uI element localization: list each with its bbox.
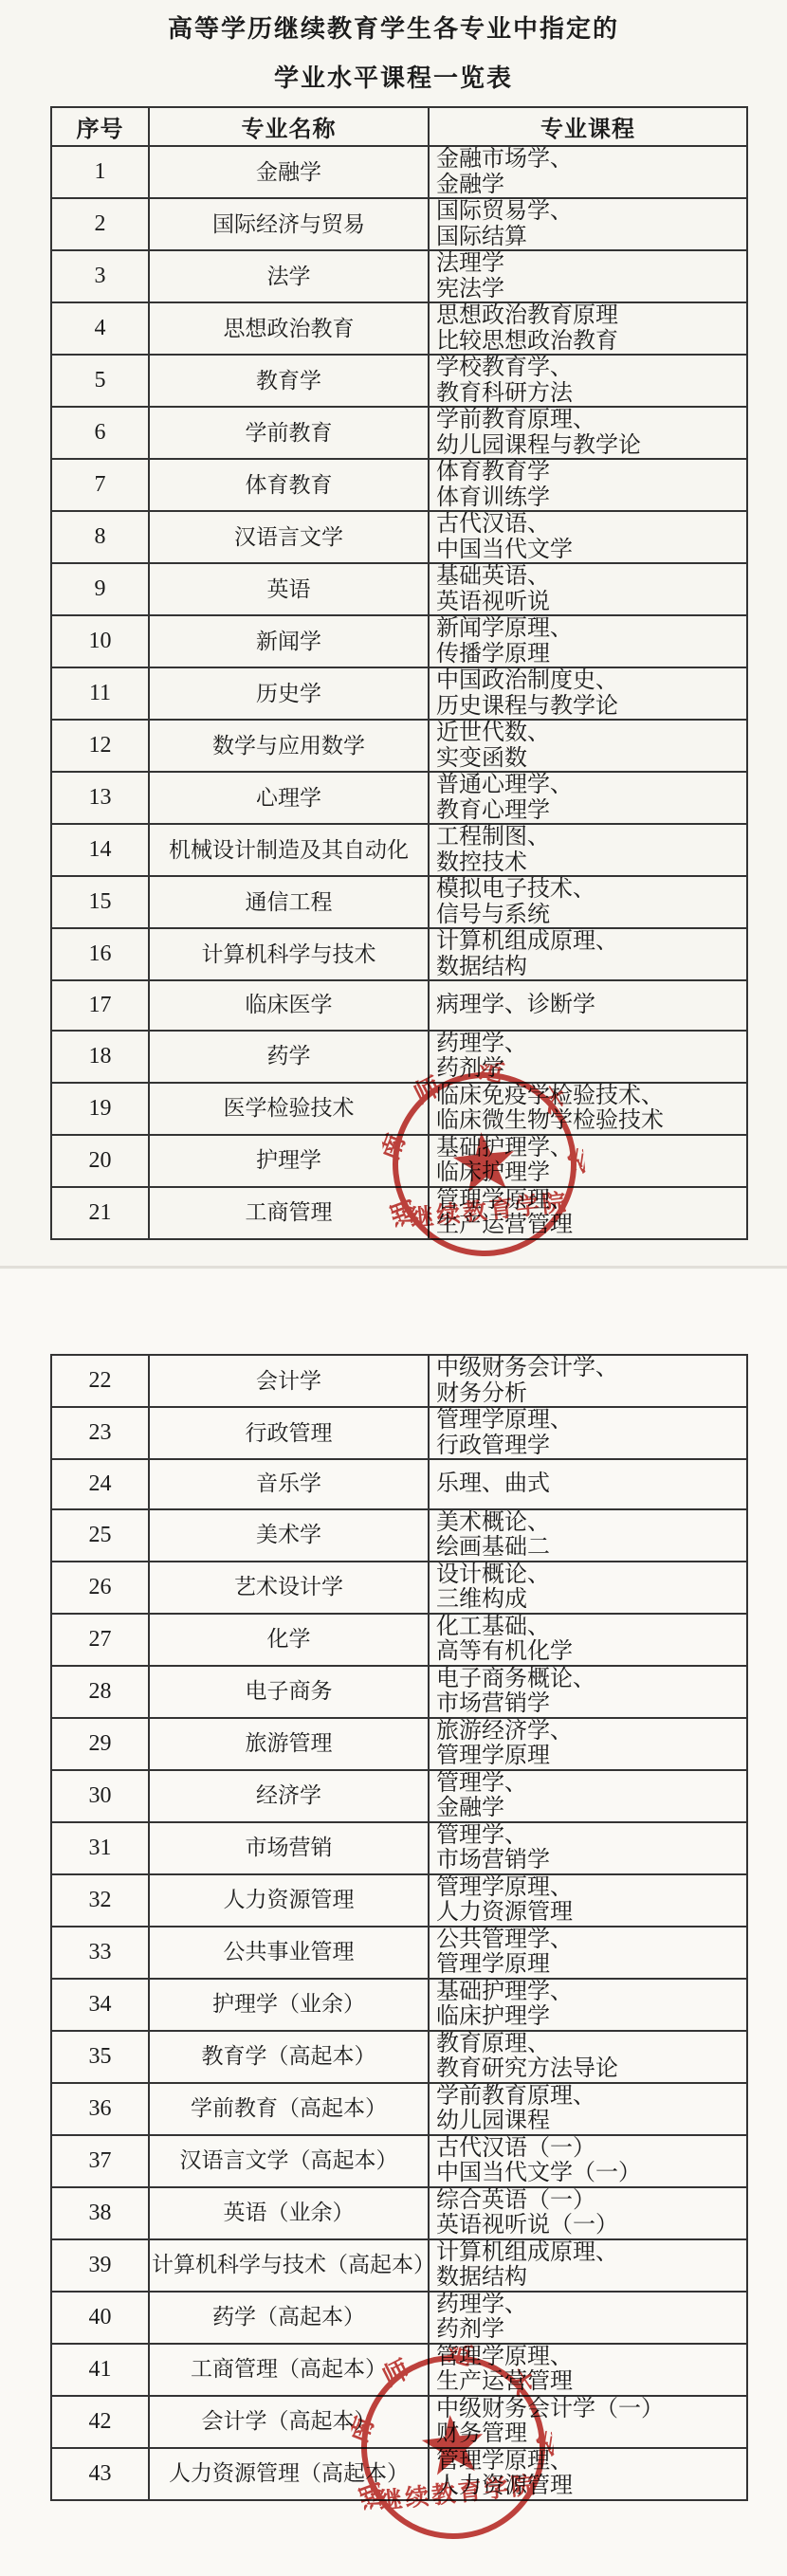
table-row: 26艺术设计学设计概论、三维构成: [51, 1562, 747, 1614]
row-index: 41: [51, 2344, 149, 2396]
table-row: 10新闻学新闻学原理、传播学原理: [51, 615, 747, 667]
course-line: 药理学、: [436, 2293, 742, 2318]
course-line: 宪法学: [436, 277, 742, 302]
course-line: 模拟电子技术、: [436, 877, 742, 903]
course-line: 财务分析: [436, 1381, 742, 1407]
course-list: 中级财务会计学、财务分析: [429, 1355, 747, 1407]
table-row: 23行政管理管理学原理、行政管理学: [51, 1407, 747, 1459]
major-name: 数学与应用数学: [149, 720, 429, 772]
row-index: 43: [51, 2448, 149, 2500]
row-index: 4: [51, 302, 149, 355]
course-list: 法理学宪法学: [429, 250, 747, 302]
course-line: 传播学原理: [436, 642, 742, 667]
scan-seam-divider: [0, 1266, 787, 1269]
row-index: 23: [51, 1407, 149, 1459]
scanned-document-page: 高等学历继续教育学生各专业中指定的 学业水平课程一览表 序号 专业名称 专业课程…: [0, 0, 787, 2576]
row-index: 28: [51, 1666, 149, 1718]
courses-table-part2: 22会计学中级财务会计学、财务分析23行政管理管理学原理、行政管理学24音乐学乐…: [50, 1354, 748, 2501]
major-name: 英语（业余）: [149, 2187, 429, 2239]
course-line: 电子商务概论、: [436, 1667, 742, 1692]
table-row: 11历史学中国政治制度史、历史课程与教学论: [51, 667, 747, 720]
course-line: 学前教育原理、: [436, 408, 742, 433]
course-list: 教育原理、教育研究方法导论: [429, 2031, 747, 2083]
row-index: 15: [51, 876, 149, 928]
row-index: 25: [51, 1509, 149, 1562]
table-row: 31市场营销管理学、市场营销学: [51, 1822, 747, 1874]
row-index: 29: [51, 1718, 149, 1770]
course-list: 基础英语、英语视听说: [429, 563, 747, 615]
course-line: 管理学原理: [436, 1952, 742, 1978]
course-list: 学校教育学、教育科研方法: [429, 355, 747, 407]
major-name: 计算机科学与技术: [149, 928, 429, 980]
row-index: 11: [51, 667, 149, 720]
table-row: 39计算机科学与技术（高起本）计算机组成原理、数据结构: [51, 2239, 747, 2292]
table-row: 12数学与应用数学近世代数、实变函数: [51, 720, 747, 772]
table-row: 27化学化工基础、高等有机化学: [51, 1614, 747, 1666]
course-line: 管理学、: [436, 1823, 742, 1849]
course-list: 计算机组成原理、数据结构: [429, 2239, 747, 2292]
course-list: 电子商务概论、市场营销学: [429, 1666, 747, 1718]
course-line: 三维构成: [436, 1587, 742, 1613]
course-line: 基础护理学、: [436, 1980, 742, 2005]
major-name: 会计学: [149, 1355, 429, 1407]
major-name: 公共事业管理: [149, 1927, 429, 1979]
course-list: 设计概论、三维构成: [429, 1562, 747, 1614]
row-index: 27: [51, 1614, 149, 1666]
table-row: 29旅游管理旅游经济学、管理学原理: [51, 1718, 747, 1770]
course-list: 金融市场学、金融学: [429, 146, 747, 198]
major-name: 通信工程: [149, 876, 429, 928]
table-row: 3法学法理学宪法学: [51, 250, 747, 302]
course-list: 古代汉语、中国当代文学: [429, 511, 747, 563]
course-line: 乐理、曲式: [436, 1471, 742, 1497]
course-line: 中国当代文学: [436, 538, 742, 563]
table-row: 2国际经济与贸易国际贸易学、国际结算: [51, 198, 747, 250]
major-name: 思想政治教育: [149, 302, 429, 355]
major-name: 经济学: [149, 1770, 429, 1822]
row-index: 26: [51, 1562, 149, 1614]
course-list: 中国政治制度史、历史课程与教学论: [429, 667, 747, 720]
row-index: 6: [51, 407, 149, 459]
course-list: 古代汉语（一）中国当代文学（一）: [429, 2135, 747, 2187]
table-row: 22会计学中级财务会计学、财务分析: [51, 1355, 747, 1407]
course-line: 管理学原理、: [436, 1875, 742, 1901]
course-list: 基础护理学、临床护理学: [429, 1979, 747, 2031]
course-line: 化工基础、: [436, 1615, 742, 1640]
major-name: 艺术设计学: [149, 1562, 429, 1614]
table-row: 8汉语言文学古代汉语、中国当代文学: [51, 511, 747, 563]
course-line: 药剂学: [436, 2317, 742, 2343]
course-line: 设计概论、: [436, 1562, 742, 1588]
course-line: 市场营销学: [436, 1848, 742, 1873]
course-line: 计算机组成原理、: [436, 929, 742, 955]
table-row: 37汉语言文学（高起本）古代汉语（一）中国当代文学（一）: [51, 2135, 747, 2187]
course-list: 管理学、金融学: [429, 1770, 747, 1822]
course-line: 体育训练学: [436, 485, 742, 511]
course-line: 学前教育原理、: [436, 2084, 742, 2110]
major-name: 工商管理: [149, 1187, 429, 1239]
table-row: 1金融学金融市场学、金融学: [51, 146, 747, 198]
row-index: 2: [51, 198, 149, 250]
course-line: 工程制图、: [436, 825, 742, 850]
course-list: 新闻学原理、传播学原理: [429, 615, 747, 667]
course-line: 计算机组成原理、: [436, 2240, 742, 2266]
major-name: 美术学: [149, 1509, 429, 1562]
course-list: 公共管理学、管理学原理: [429, 1927, 747, 1979]
course-line: 信号与系统: [436, 903, 742, 928]
table-row: 17临床医学病理学、诊断学: [51, 980, 747, 1031]
course-line: 金融市场学、: [436, 147, 742, 173]
row-index: 33: [51, 1927, 149, 1979]
course-line: 药理学、: [436, 1032, 742, 1057]
major-name: 计算机科学与技术（高起本）: [149, 2239, 429, 2292]
table-row: 15通信工程模拟电子技术、信号与系统: [51, 876, 747, 928]
course-list: 乐理、曲式: [429, 1459, 747, 1509]
course-line: 管理学原理、: [436, 1408, 742, 1434]
major-name: 英语: [149, 563, 429, 615]
row-index: 42: [51, 2396, 149, 2448]
header-row: 序号 专业名称 专业课程: [51, 107, 747, 146]
table-row: 40药学（高起本）药理学、药剂学: [51, 2292, 747, 2344]
course-line: 绘画基础二: [436, 1535, 742, 1561]
course-line: 管理学、: [436, 1771, 742, 1797]
row-index: 24: [51, 1459, 149, 1509]
course-line: 数据结构: [436, 2265, 742, 2291]
course-list: 国际贸易学、国际结算: [429, 198, 747, 250]
course-list: 体育教育学体育训练学: [429, 459, 747, 511]
course-list: 学前教育原理、幼儿园课程: [429, 2083, 747, 2135]
course-line: 中国政治制度史、: [436, 668, 742, 694]
course-list: 病理学、诊断学: [429, 980, 747, 1031]
table-row: 34护理学（业余）基础护理学、临床护理学: [51, 1979, 747, 2031]
row-index: 38: [51, 2187, 149, 2239]
table-row: 33公共事业管理公共管理学、管理学原理: [51, 1927, 747, 1979]
row-index: 39: [51, 2239, 149, 2292]
major-name: 新闻学: [149, 615, 429, 667]
row-index: 10: [51, 615, 149, 667]
major-name: 心理学: [149, 772, 429, 824]
courses-table-part1: 序号 专业名称 专业课程 1金融学金融市场学、金融学2国际经济与贸易国际贸易学、…: [50, 106, 748, 1240]
table-row: 24音乐学乐理、曲式: [51, 1459, 747, 1509]
course-line: 市场营销学: [436, 1691, 742, 1717]
table-row: 9英语基础英语、英语视听说: [51, 563, 747, 615]
row-index: 13: [51, 772, 149, 824]
course-line: 临床护理学: [436, 2004, 742, 2030]
row-index: 17: [51, 980, 149, 1031]
row-index: 37: [51, 2135, 149, 2187]
table-row: 14机械设计制造及其自动化工程制图、数控技术: [51, 824, 747, 876]
course-line: 体育教育学: [436, 460, 742, 485]
table-row: 36学前教育（高起本）学前教育原理、幼儿园课程: [51, 2083, 747, 2135]
course-line: 历史课程与教学论: [436, 694, 742, 720]
row-index: 21: [51, 1187, 149, 1239]
major-name: 国际经济与贸易: [149, 198, 429, 250]
header-courses: 专业课程: [429, 107, 747, 146]
course-line: 管理学原理: [436, 1744, 742, 1769]
table-row: 16计算机科学与技术计算机组成原理、数据结构: [51, 928, 747, 980]
course-list: 管理学原理、人力资源管理: [429, 1874, 747, 1927]
row-index: 8: [51, 511, 149, 563]
major-name: 护理学（业余）: [149, 1979, 429, 2031]
table-row: 4思想政治教育思想政治教育原理比较思想政治教育: [51, 302, 747, 355]
course-line: 中级财务会计学、: [436, 1356, 742, 1381]
row-index: 20: [51, 1135, 149, 1187]
course-line: 幼儿园课程与教学论: [436, 433, 742, 459]
table-row: 5教育学学校教育学、教育科研方法: [51, 355, 747, 407]
course-list: 近世代数、实变函数: [429, 720, 747, 772]
row-index: 5: [51, 355, 149, 407]
table-row: 7体育教育体育教育学体育训练学: [51, 459, 747, 511]
major-name: 人力资源管理: [149, 1874, 429, 1927]
course-list: 普通心理学、教育心理学: [429, 772, 747, 824]
document-title-line2: 学业水平课程一览表: [0, 59, 787, 94]
row-index: 32: [51, 1874, 149, 1927]
row-index: 16: [51, 928, 149, 980]
course-line: 教育原理、: [436, 2032, 742, 2057]
row-index: 1: [51, 146, 149, 198]
course-list: 模拟电子技术、信号与系统: [429, 876, 747, 928]
course-line: 普通心理学、: [436, 773, 742, 798]
course-line: 数控技术: [436, 850, 742, 876]
major-name: 法学: [149, 250, 429, 302]
major-name: 化学: [149, 1614, 429, 1666]
row-index: 36: [51, 2083, 149, 2135]
course-line: 古代汉语（一）: [436, 2136, 742, 2162]
course-line: 教育科研方法: [436, 381, 742, 407]
course-line: 综合英语（一）: [436, 2188, 742, 2214]
major-name: 机械设计制造及其自动化: [149, 824, 429, 876]
major-name: 历史学: [149, 667, 429, 720]
official-red-seal-top: 湖南师范大学 继续教育学院: [375, 1055, 595, 1274]
course-list: 旅游经济学、管理学原理: [429, 1718, 747, 1770]
course-list: 化工基础、高等有机化学: [429, 1614, 747, 1666]
course-line: 人力资源管理: [436, 1900, 742, 1926]
course-line: 旅游经济学、: [436, 1719, 742, 1745]
row-index: 22: [51, 1355, 149, 1407]
major-name: 电子商务: [149, 1666, 429, 1718]
course-line: 数据结构: [436, 955, 742, 980]
course-list: 思想政治教育原理比较思想政治教育: [429, 302, 747, 355]
course-line: 教育研究方法导论: [436, 2056, 742, 2082]
table-row: 13心理学普通心理学、教育心理学: [51, 772, 747, 824]
major-name: 金融学: [149, 146, 429, 198]
header-index: 序号: [51, 107, 149, 146]
major-name: 汉语言文学: [149, 511, 429, 563]
row-index: 9: [51, 563, 149, 615]
course-line: 学校教育学、: [436, 356, 742, 381]
row-index: 18: [51, 1031, 149, 1083]
table-row: 35教育学（高起本）教育原理、教育研究方法导论: [51, 2031, 747, 2083]
row-index: 30: [51, 1770, 149, 1822]
course-line: 中国当代文学（一）: [436, 2161, 742, 2186]
table-row: 28电子商务电子商务概论、市场营销学: [51, 1666, 747, 1718]
course-list: 美术概论、绘画基础二: [429, 1509, 747, 1562]
major-name: 汉语言文学（高起本）: [149, 2135, 429, 2187]
document-title-line1: 高等学历继续教育学生各专业中指定的: [0, 9, 787, 45]
major-name: 音乐学: [149, 1459, 429, 1509]
row-index: 19: [51, 1083, 149, 1135]
course-line: 思想政治教育原理: [436, 303, 742, 329]
course-line: 教育心理学: [436, 798, 742, 824]
course-line: 国际结算: [436, 225, 742, 250]
major-name: 临床医学: [149, 980, 429, 1031]
course-list: 计算机组成原理、数据结构: [429, 928, 747, 980]
course-line: 国际贸易学、: [436, 199, 742, 225]
star-icon: [419, 2412, 486, 2476]
major-name: 行政管理: [149, 1407, 429, 1459]
course-line: 行政管理学: [436, 1434, 742, 1459]
major-name: 学前教育: [149, 407, 429, 459]
row-index: 12: [51, 720, 149, 772]
table-row: 38英语（业余）综合英语（一）英语视听说（一）: [51, 2187, 747, 2239]
course-line: 美术概论、: [436, 1510, 742, 1536]
course-list: 药理学、药剂学: [429, 2292, 747, 2344]
course-list: 管理学、市场营销学: [429, 1822, 747, 1874]
course-list: 学前教育原理、幼儿园课程与教学论: [429, 407, 747, 459]
major-name: 旅游管理: [149, 1718, 429, 1770]
course-line: 英语视听说: [436, 590, 742, 615]
table-row: 6学前教育学前教育原理、幼儿园课程与教学论: [51, 407, 747, 459]
course-line: 英语视听说（一）: [436, 2213, 742, 2238]
row-index: 31: [51, 1822, 149, 1874]
course-line: 金融学: [436, 173, 742, 198]
table-row: 32人力资源管理管理学原理、人力资源管理: [51, 1874, 747, 1927]
course-list: 管理学原理、行政管理学: [429, 1407, 747, 1459]
major-name: 教育学: [149, 355, 429, 407]
row-index: 3: [51, 250, 149, 302]
row-index: 40: [51, 2292, 149, 2344]
star-icon: [450, 1129, 518, 1194]
header-major: 专业名称: [149, 107, 429, 146]
major-name: 教育学（高起本）: [149, 2031, 429, 2083]
course-line: 近世代数、: [436, 721, 742, 746]
course-line: 古代汉语、: [436, 512, 742, 538]
course-line: 金融学: [436, 1796, 742, 1821]
course-line: 实变函数: [436, 746, 742, 772]
course-line: 新闻学原理、: [436, 616, 742, 642]
major-name: 体育教育: [149, 459, 429, 511]
course-line: 高等有机化学: [436, 1639, 742, 1665]
major-name: 药学（高起本）: [149, 2292, 429, 2344]
row-index: 35: [51, 2031, 149, 2083]
row-index: 7: [51, 459, 149, 511]
official-red-seal-bottom: 湖南师范大学 继续教育学院: [344, 2338, 563, 2557]
major-name: 市场营销: [149, 1822, 429, 1874]
course-list: 综合英语（一）英语视听说（一）: [429, 2187, 747, 2239]
course-line: 法理学: [436, 251, 742, 277]
major-name: 学前教育（高起本）: [149, 2083, 429, 2135]
course-line: 基础英语、: [436, 564, 742, 590]
course-list: 工程制图、数控技术: [429, 824, 747, 876]
course-line: 公共管理学、: [436, 1927, 742, 1953]
course-line: 幼儿园课程: [436, 2109, 742, 2134]
course-line: 比较思想政治教育: [436, 329, 742, 355]
table-row: 25美术学美术概论、绘画基础二: [51, 1509, 747, 1562]
row-index: 14: [51, 824, 149, 876]
course-line: 病理学、诊断学: [436, 993, 742, 1018]
table-row: 30经济学管理学、金融学: [51, 1770, 747, 1822]
row-index: 34: [51, 1979, 149, 2031]
